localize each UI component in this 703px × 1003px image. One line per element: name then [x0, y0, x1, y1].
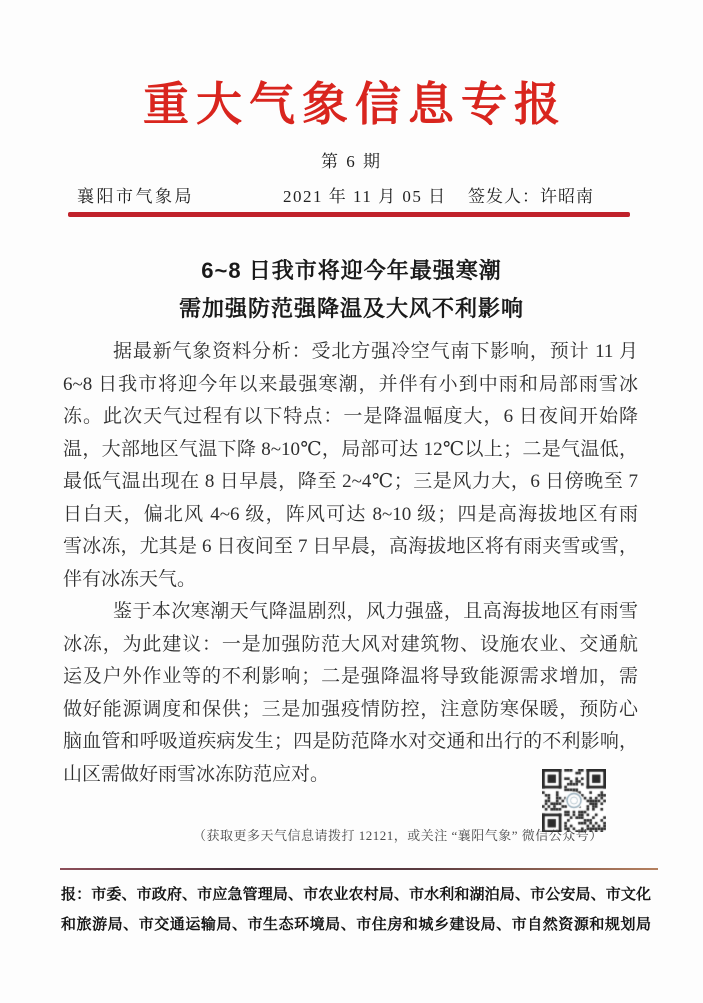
- document-title: 6~8 日我市将迎今年最强寒潮 需加强防范强降温及大风不利影响: [0, 252, 703, 328]
- issue-date: 2021 年 11 月 05 日: [283, 182, 447, 207]
- body-line: 冰冻，为此建议：一是加强防范大风对建筑物、设施农业、交通航: [63, 629, 638, 662]
- wechat-qr-code-canvas: [542, 769, 606, 832]
- body-line: 温，大部地区气温下降 8~10℃，局部可达 12℃以上；二是气温低，: [63, 434, 638, 467]
- body-line: 最低气温出现在 8 日早晨，降至 2~4℃；三是风力大，6 日傍晚至 7: [63, 466, 638, 499]
- distribution-line: 报：市委、市政府、市应急管理局、市农业农村局、市水利和湖泊局、市公安局、市文化: [61, 880, 651, 910]
- issuing-org: 襄阳市气象局: [77, 182, 194, 207]
- bulletin-body: 据最新气象资料分析：受北方强冷空气南下影响，预计 11 月 6~8 日我市将迎今…: [63, 336, 638, 791]
- wechat-qr-code-icon: [542, 769, 606, 832]
- body-line: 脑血管和呼吸道疾病发生；四是防范降水对交通和出行的不利影响，: [63, 726, 638, 759]
- info-caption: （获取更多天气信息请拨打 12121，或关注 “襄阳气象” 微信公众号）: [193, 827, 603, 845]
- body-line: 冻。此次天气过程有以下特点：一是降温幅度大，6 日夜间开始降: [63, 401, 638, 434]
- body-line: 日白天，偏北风 4~6 级，阵风可达 8~10 级；四是高海拔地区有雨: [63, 499, 638, 532]
- body-line: 鉴于本次寒潮天气降温剧烈，风力强盛，且高海拔地区有雨雪: [63, 596, 638, 629]
- distribution-list: 报：市委、市政府、市应急管理局、市农业农村局、市水利和湖泊局、市公安局、市文化 …: [61, 880, 651, 940]
- signer: 签发人：许昭南: [468, 182, 594, 207]
- bulletin-page: 重大气象信息专报 第 6 期 襄阳市气象局 2021 年 11 月 05 日 签…: [0, 0, 703, 1003]
- body-line: 据最新气象资料分析：受北方强冷空气南下影响，预计 11 月: [63, 336, 638, 369]
- distribution-line: 和旅游局、市交通运输局、市生态环境局、市住房和城乡建设局、市自然资源和规划局: [61, 910, 651, 940]
- body-line: 运及户外作业等的不利影响；二是强降温将导致能源需求增加，需: [63, 661, 638, 694]
- masthead-title: 重大气象信息专报: [0, 78, 703, 130]
- body-line: 伴有冰冻天气。: [63, 564, 638, 597]
- document-title-line1: 6~8 日我市将迎今年最强寒潮: [0, 252, 703, 290]
- issue-number: 第 6 期: [0, 151, 703, 173]
- body-line: 雪冰冻，尤其是 6 日夜间至 7 日早晨，高海拔地区将有雨夹雪或雪，: [63, 531, 638, 564]
- header-divider: [68, 212, 630, 217]
- footer-divider: [60, 868, 658, 870]
- body-line: 6~8 日我市将迎今年以来最强寒潮，并伴有小到中雨和局部雨雪冰: [63, 369, 638, 402]
- document-title-line2: 需加强防范强降温及大风不利影响: [0, 290, 703, 328]
- body-line: 做好能源调度和保供；三是加强疫情防控，注意防寒保暖，预防心: [63, 694, 638, 727]
